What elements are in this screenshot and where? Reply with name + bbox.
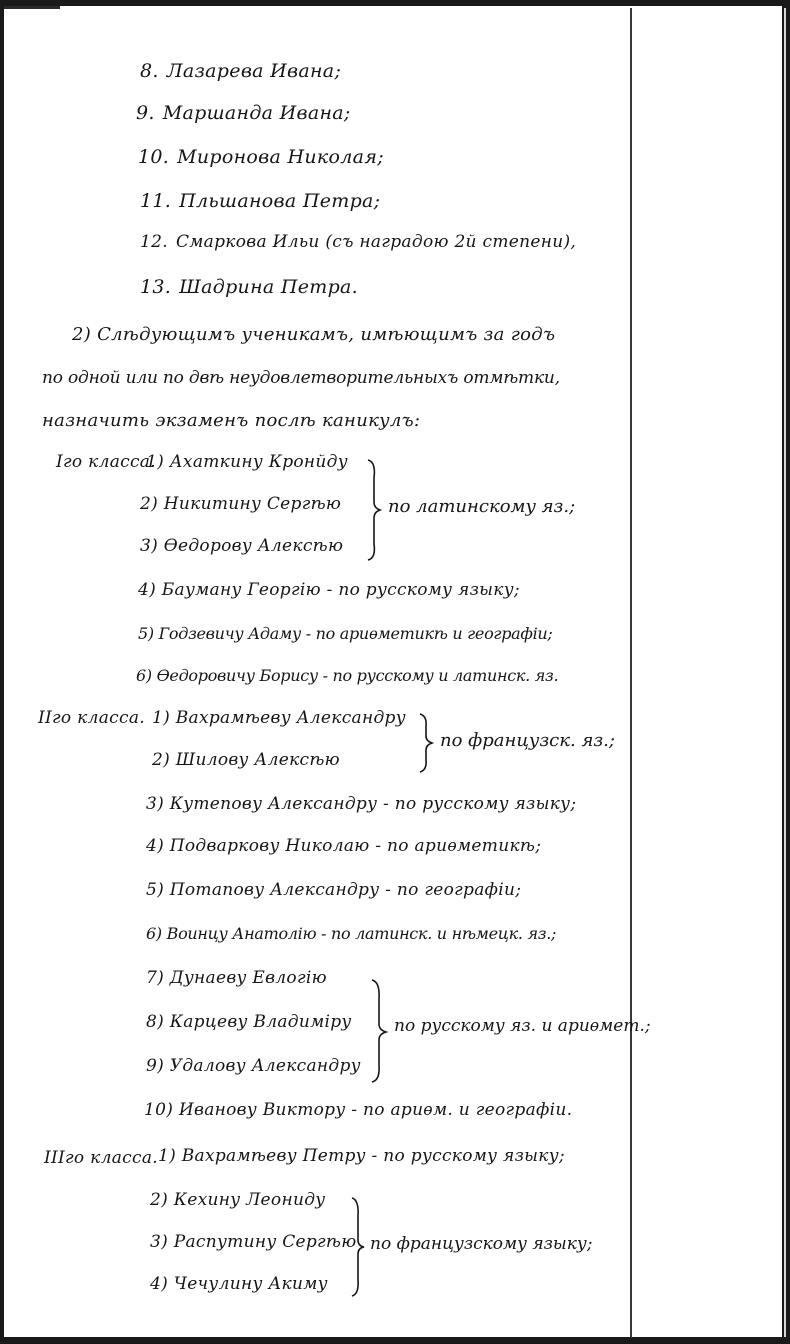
list-item-number: 10. — [138, 146, 169, 168]
student-entry: 3) Распутину Сергѣю — [150, 1232, 357, 1252]
paragraph-line: назначить экзаменъ послѣ каникулъ: — [42, 410, 420, 431]
list-item-number: 13. — [140, 276, 171, 298]
exam-subject: по французск. яз.; — [440, 730, 615, 751]
student-entry: 10) Иванову Виктору - по ариѳм. и геогра… — [144, 1100, 572, 1120]
exam-subject: по латинскому яз.; — [388, 496, 575, 517]
list-item: 10.Миронова Николая; — [138, 146, 384, 168]
list-item: 9.Маршанда Ивана; — [136, 102, 351, 124]
paragraph-line: 2) Слѣдующимъ ученикамъ, имѣющимъ за год… — [72, 324, 555, 345]
student-entry: 2) Шилову Алексѣю — [152, 750, 340, 770]
student-entry: 6) Воинцу Анатолію - по латинск. и нѣмец… — [146, 924, 556, 943]
page-border-left — [0, 0, 4, 1344]
exam-subject: по русскому яз. и ариѳмет.; — [394, 1016, 651, 1036]
grouping-brace-icon — [350, 1196, 366, 1298]
student-entry: 2) Никитину Сергѣю — [140, 494, 341, 514]
student-entry: 5) Годзевичу Адаму - по ариѳметикѣ и гео… — [138, 624, 553, 643]
student-entry: 9) Удалову Александру — [146, 1056, 361, 1076]
list-item-number: 9. — [136, 102, 155, 124]
list-item-number: 11. — [140, 190, 171, 212]
student-entry: 4) Подваркову Николаю - по ариѳметикѣ; — [146, 836, 541, 856]
exam-subject: по французскому языку; — [370, 1234, 593, 1254]
list-item-text: Шадрина Петра. — [179, 276, 358, 298]
paragraph-line: по одной или по двѣ неудовлетворительных… — [42, 368, 560, 388]
page-border-right-gap — [784, 8, 786, 1337]
page-border-top — [0, 0, 790, 6]
student-entry: 3) Кутепову Александру - по русскому язы… — [146, 794, 576, 814]
student-entry: 1) Вахрамѣеву Петру - по русскому языку; — [158, 1146, 565, 1166]
student-entry: 4) Чечулину Акиму — [150, 1274, 328, 1294]
class-label: IIго класса. — [38, 708, 145, 728]
student-entry: 4) Бауману Георгію - по русскому языку; — [138, 580, 520, 600]
list-item: 13.Шадрина Петра. — [140, 276, 358, 298]
page-border-smudge — [0, 6, 60, 9]
class-label: IIIго класса. — [44, 1148, 158, 1168]
margin-rule-line — [630, 8, 632, 1338]
student-entry: 3) Өедорову Алексѣю — [140, 536, 343, 556]
student-entry: 8) Карцеву Владиміру — [146, 1012, 352, 1032]
student-entry: 6) Өедоровичу Борису - по русскому и лат… — [136, 666, 558, 685]
scanned-document-page: 8.Лазарева Ивана; 9.Маршанда Ивана; 10.М… — [0, 0, 790, 1344]
list-item-text: Смаркова Ильи (съ наградою 2й степени), — [176, 232, 576, 252]
grouping-brace-icon — [366, 458, 382, 562]
list-item-number: 12. — [140, 232, 168, 252]
student-entry: 5) Потапову Александру - по географіи; — [146, 880, 521, 900]
student-entry: 1) Вахрамѣеву Александру — [152, 708, 406, 728]
list-item-text: Маршанда Ивана; — [163, 102, 351, 124]
list-item-text: Пльшанова Петра; — [179, 190, 380, 212]
class-label: Iго класса. — [56, 452, 156, 472]
student-entry: 2) Кехину Леониду — [150, 1190, 325, 1210]
list-item-text: Миронова Николая; — [177, 146, 384, 168]
list-item: 8.Лазарева Ивана; — [140, 60, 341, 82]
list-item: 11.Пльшанова Петра; — [140, 190, 380, 212]
student-entry: 7) Дунаеву Евлогію — [146, 968, 327, 988]
list-item: 12.Смаркова Ильи (съ наградою 2й степени… — [140, 232, 576, 252]
page-border-bottom — [0, 1337, 790, 1344]
student-entry: 1) Ахаткину Кронйду — [146, 452, 348, 472]
grouping-brace-icon — [370, 978, 388, 1084]
list-item-number: 8. — [140, 60, 159, 82]
grouping-brace-icon — [418, 712, 434, 774]
list-item-text: Лазарева Ивана; — [167, 60, 341, 82]
